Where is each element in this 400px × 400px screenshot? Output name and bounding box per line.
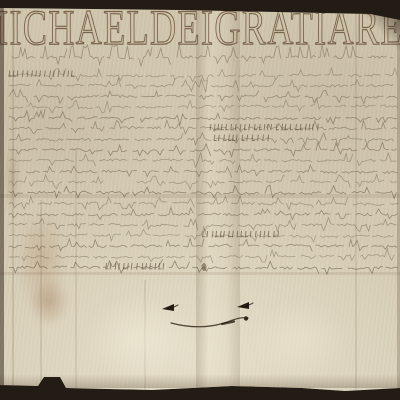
seal-slits-and-cut-marks <box>162 263 253 327</box>
seal-slit-left <box>162 304 174 311</box>
parchment-sheet: MICHAELDEIGRATIARE <box>0 0 400 400</box>
body-script-lines <box>9 68 398 274</box>
center-fold-speck <box>202 263 207 271</box>
charter-title-text: MICHAELDEIGRATIARE <box>0 0 400 55</box>
handwritten-script: MICHAELDEIGRATIARE <box>0 0 400 400</box>
charter-photograph: MICHAELDEIGRATIARE <box>0 0 400 400</box>
seal-slit-right <box>237 302 249 309</box>
cut-mark-ink-blob <box>244 316 248 320</box>
